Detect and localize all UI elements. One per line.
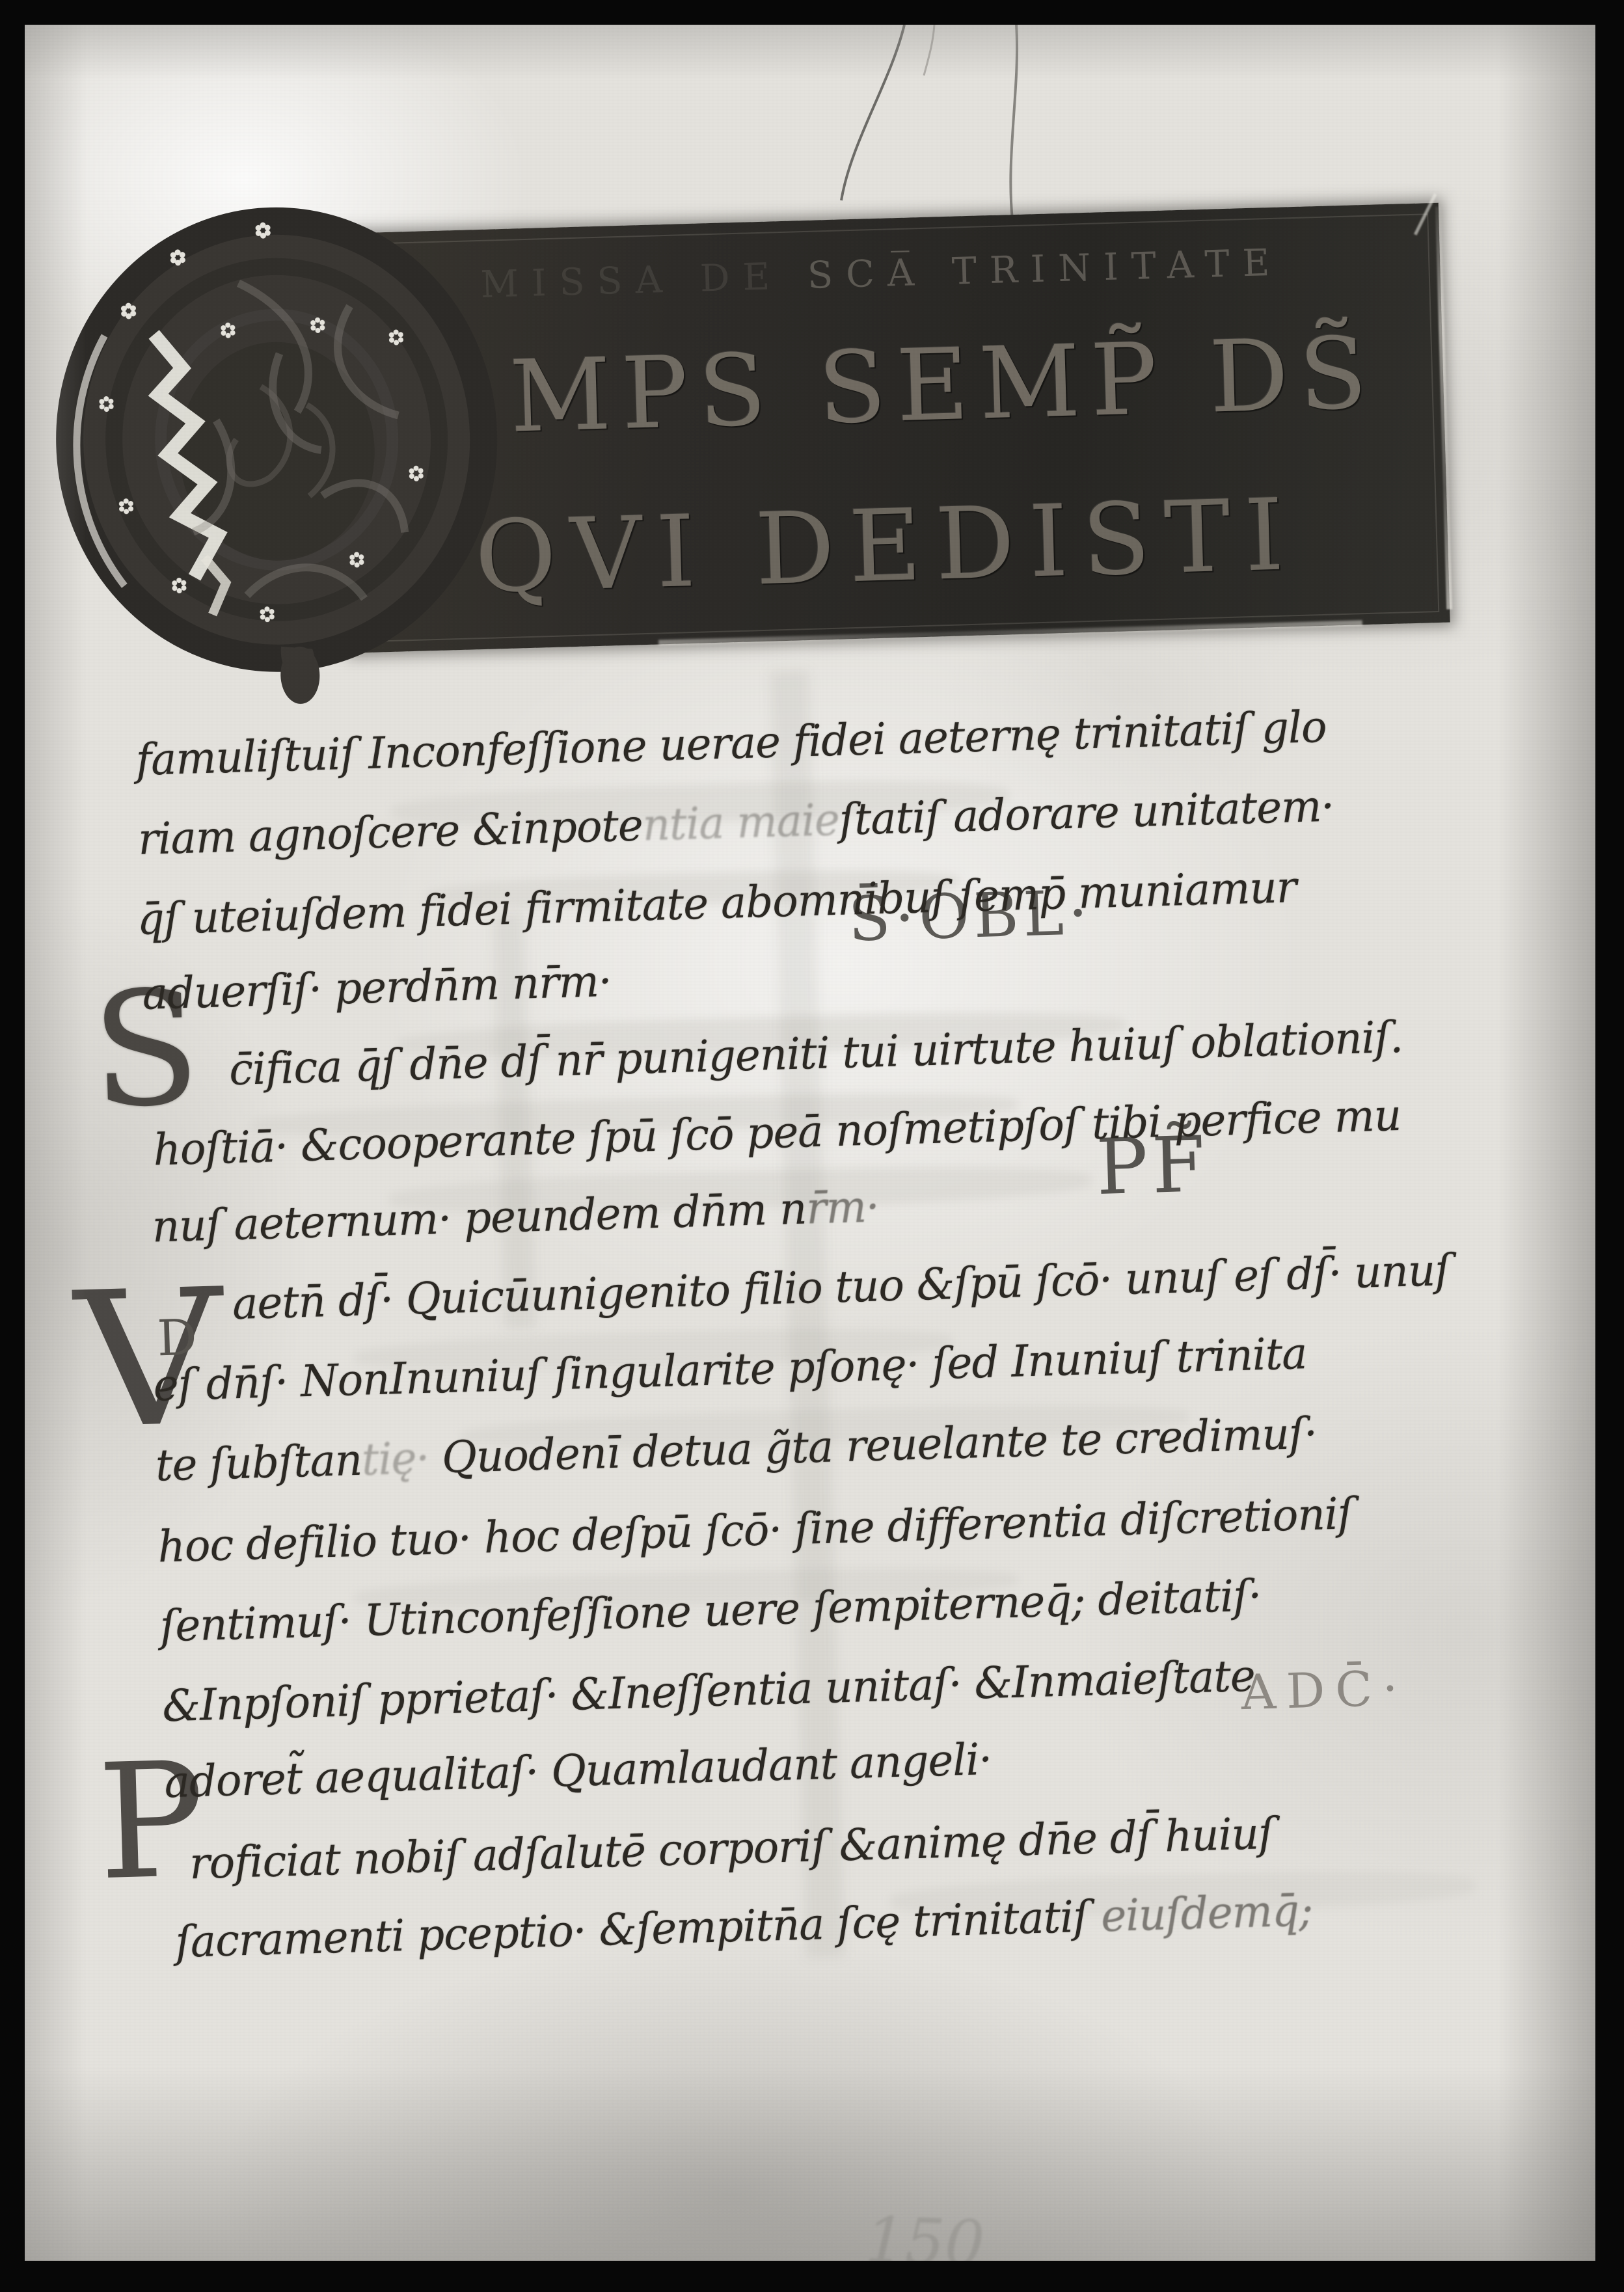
line16-start: ſacramenti pceptio· &ſempitn̄a ſcę trini… [175, 1891, 1102, 1967]
text-line-13: &Inpſoniſ pprietaſ· &Ineſſentia unitaſ· … [162, 1654, 1256, 1729]
folio-number: 150 [864, 2204, 986, 2261]
text-line-11: hoc defilio tuo· hoc deſpū ſcō· ſine dif… [157, 1492, 1353, 1569]
display-capitals-line1: MPS SEMP̃ DS̃ [508, 316, 1379, 455]
manuscript-content: MISSA DE SCA̅ TRINITATE MPS SEMP̃ DS̃ QV… [25, 25, 1595, 2261]
text-line-8: aetn̄ dſ̄· Quicūunigenito filio tuo &ſpū… [232, 1248, 1450, 1326]
text-line-4: aduerſiſ· perdn̄m nr̄m· [142, 960, 612, 1016]
line10-faded: tię· [361, 1433, 429, 1485]
line10-start: te ſubſtan [155, 1435, 362, 1491]
text-line-16: ſacramenti pceptio· &ſempitn̄a ſcę trini… [175, 1889, 1313, 1964]
text-line-7: nuſ aeternum· peundem dn̄m nr̄m· [152, 1185, 880, 1248]
line7-start: nuſ aeternum· peundem dn̄m n [152, 1183, 807, 1252]
mass-title-faint-part: MISSA DE [480, 254, 808, 306]
line2-faded: ntia maie [642, 794, 840, 850]
text-line-15: roficiat nobiſ adſalutē corporiſ &animę … [189, 1812, 1274, 1886]
text-line-14: adoret̃ aequalitaſ· Quamlaudant angeli· [164, 1738, 992, 1804]
rubric-ad-complendum: ADC̄· [1240, 1660, 1409, 1721]
illuminated-initial-o [41, 185, 511, 724]
manuscript-photograph-frame: MISSA DE SCA̅ TRINITATE MPS SEMP̃ DS̃ QV… [0, 0, 1624, 2292]
margin-initial-vere-dignum-d: D [157, 1313, 198, 1364]
line7-faded: r̄m· [805, 1181, 880, 1234]
parchment-page: MISSA DE SCA̅ TRINITATE MPS SEMP̃ DS̃ QV… [25, 25, 1595, 2261]
line2-start: riam agnoſcere &inpote [137, 800, 643, 865]
text-line-12: ſentimuſ· Utinconfeſſione uere ſempitern… [159, 1574, 1262, 1648]
panel-edge-highlight-right [1435, 207, 1452, 610]
line16-faded: eiuſdemq̄; [1100, 1885, 1313, 1941]
display-capitals-line2: QVI DEDISTI [474, 477, 1299, 615]
